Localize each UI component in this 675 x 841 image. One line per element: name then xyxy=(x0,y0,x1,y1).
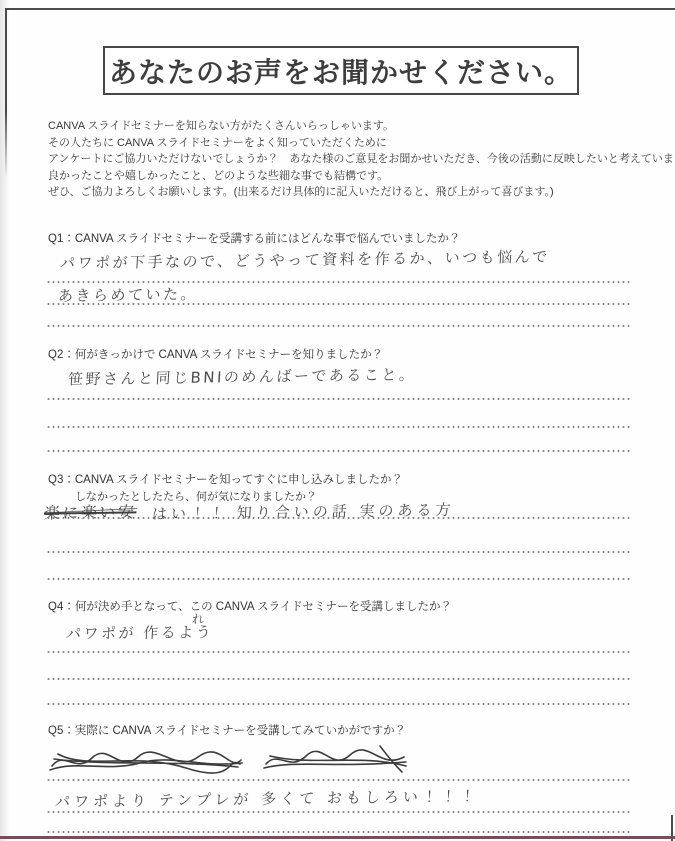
answer-dotted-line xyxy=(46,779,630,781)
answer-dotted-line xyxy=(46,450,630,452)
answer-dotted-line xyxy=(46,703,630,705)
intro-line: 良かったことや嬉しかったこと、どのような些細な事でも結構です。 xyxy=(48,168,648,185)
scanned-survey-page: あなたのお声をお聞かせください。 CANVA スライドセミナーを知らない方がたく… xyxy=(0,0,675,841)
intro-line: アンケートにご協力いただけないでしょうか？ あなた様のご意見をお聞かせいただき、… xyxy=(48,151,648,168)
question-q2-label: Q2：何がきっかけで CANVA スライドセミナーを知りましたか？ xyxy=(48,346,383,362)
page-border-bottom xyxy=(0,836,675,839)
answer-dotted-line xyxy=(46,398,630,400)
q4-handwritten-answer: パワポが 作れるよう xyxy=(65,621,213,644)
answer-dotted-line xyxy=(46,578,630,580)
q5-handwritten-answer: パワポより テンプレが 多くて おもしろい！！！ xyxy=(54,785,479,812)
q2-handwritten-answer: 笹野さんと同じBNIのめんばーであること。 xyxy=(67,364,417,390)
crossed-out-scribble xyxy=(46,744,246,778)
q3-crossed-out-text: 楽に楽い安 xyxy=(43,499,137,523)
answer-dotted-line xyxy=(46,281,630,283)
q3-handwritten-answer: はい！！ 知り合いの話 実のある方 xyxy=(151,499,455,524)
intro-line: CANVA スライドセミナーを知らない方がたくさんいらっしゃいます。 xyxy=(48,118,648,135)
answer-dotted-line xyxy=(46,651,630,653)
q1-handwritten-answer-line1: パワポが下手なので、どうやって資料を作るか、いつも悩んで xyxy=(59,246,550,274)
question-q4-label: Q4：何が決め手となって、この CANVA スライドセミナーを受講しましたか？ xyxy=(48,598,452,614)
crossed-out-scribble xyxy=(262,742,412,778)
page-border-top xyxy=(5,8,675,10)
answer-dotted-line xyxy=(46,426,630,428)
answer-dotted-line xyxy=(46,831,630,833)
q4-inserted-kana: れ xyxy=(191,610,204,627)
answer-dotted-line xyxy=(46,517,630,519)
question-q1-label: Q1：CANVA スライドセミナーを受講する前にはどんな事で悩んでいましたか？ xyxy=(48,230,460,246)
title-box: あなたのお声をお聞かせください。 xyxy=(103,46,579,95)
page-title: あなたのお声をお聞かせください。 xyxy=(109,51,573,91)
intro-paragraph: CANVA スライドセミナーを知らない方がたくさんいらっしゃいます。 その人たち… xyxy=(48,118,648,201)
intro-line: その人たちに CANVA スライドセミナーをよく知っていただくために xyxy=(48,135,648,152)
q4-answer-part1: パワポが 作 xyxy=(65,624,161,643)
question-q3-label: Q3：CANVA スライドセミナーを知ってすぐに申し込みしましたか？ xyxy=(48,471,403,487)
answer-dotted-line xyxy=(46,678,630,680)
question-q5-label: Q5：実際に CANVA スライドセミナーを受講してみていかがですか？ xyxy=(48,722,406,738)
answer-dotted-line xyxy=(46,811,630,813)
answer-dotted-line xyxy=(46,325,630,327)
scan-shadow-left xyxy=(0,0,10,841)
answer-dotted-line xyxy=(46,303,630,305)
answer-dotted-line xyxy=(46,551,630,553)
q4-insertion-host: れるよう xyxy=(160,623,214,642)
intro-line: ぜひ、ご協力よろしくお願いします。(出来るだけ具体的に記入いただけると、飛び上が… xyxy=(48,184,648,201)
q4-answer-part2: るよう xyxy=(160,623,214,642)
